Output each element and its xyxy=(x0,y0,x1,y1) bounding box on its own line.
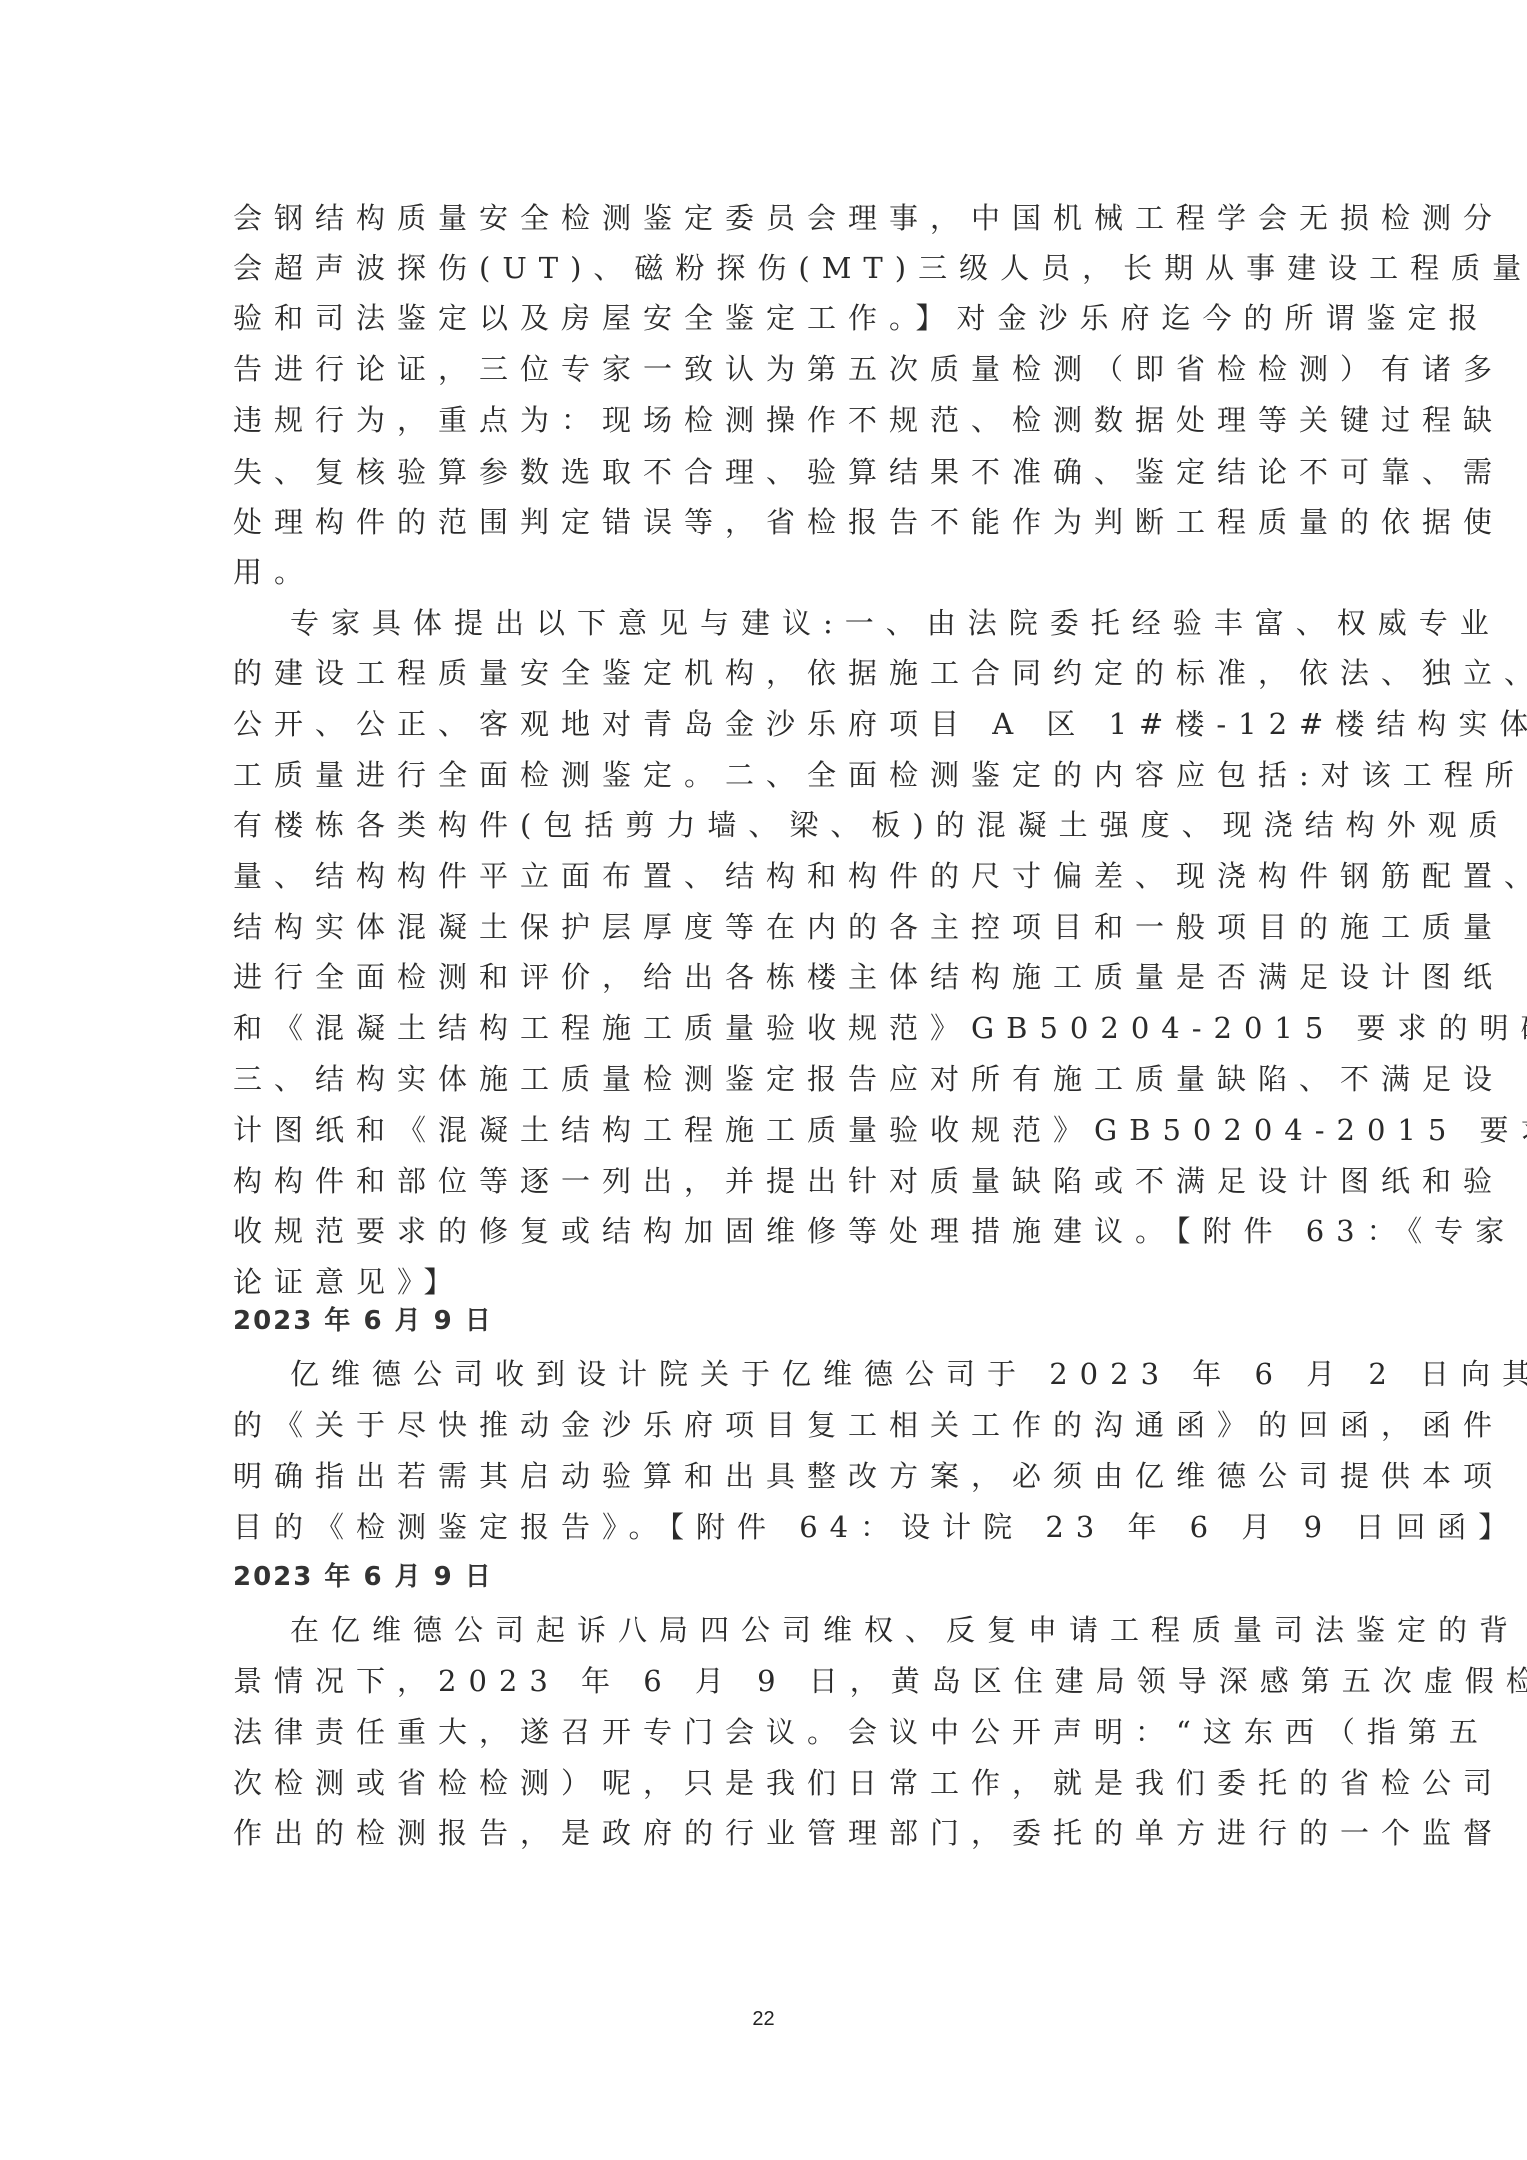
text-line: 收规范要求的修复或结构加固维修等处理措施建议。【附件 63：《专家 xyxy=(233,1206,1293,1256)
text-line: 有楼栋各类构件(包括剪力墙、梁、板)的混凝土强度、现浇结构外观质 xyxy=(233,800,1293,850)
text-line: 构构件和部位等逐一列出，并提出针对质量缺陷或不满足设计图纸和验 xyxy=(233,1156,1293,1206)
text-line: 明确指出若需其启动验算和出具整改方案，必须由亿维德公司提供本项 xyxy=(233,1451,1293,1501)
text-line: 会钢结构质量安全检测鉴定委员会理事，中国机械工程学会无损检测分 xyxy=(233,193,1293,243)
text-line: 违规行为，重点为：现场检测操作不规范、检测数据处理等关键过程缺 xyxy=(233,395,1293,445)
text-line: 法律责任重大，遂召开专门会议。会议中公开声明：“这东西（指第五 xyxy=(233,1707,1293,1757)
text-line: 在亿维德公司起诉八局四公司维权、反复申请工程质量司法鉴定的背 xyxy=(290,1605,1293,1655)
text-line: 结构实体混凝土保护层厚度等在内的各主控项目和一般项目的施工质量 xyxy=(233,902,1293,952)
text-line: 和《混凝土结构工程施工质量验收规范》GB50204-2015 要求的明确结论。 xyxy=(233,1003,1293,1053)
text-line: 目的《检测鉴定报告》。【附件 64：设计院 23 年 6 月 9 日回函】 xyxy=(233,1502,1293,1552)
date-heading: 2023 年 6 月 9 日 xyxy=(233,1297,493,1345)
text-line: 验和司法鉴定以及房屋安全鉴定工作。】对金沙乐府迄今的所谓鉴定报 xyxy=(233,293,1293,343)
text-line: 公开、公正、客观地对青岛金沙乐府项目 A 区 1#楼-12#楼结构实体的施 xyxy=(233,699,1293,749)
text-line: 亿维德公司收到设计院关于亿维德公司于 2023 年 6 月 2 日向其发出 xyxy=(290,1349,1293,1399)
text-line: 告进行论证，三位专家一致认为第五次质量检测（即省检检测）有诸多 xyxy=(233,344,1293,394)
text-line: 次检测或省检检测）呢，只是我们日常工作，就是我们委托的省检公司 xyxy=(233,1758,1293,1808)
text-line: 量、结构构件平立面布置、结构和构件的尺寸偏差、现浇构件钢筋配置、 xyxy=(233,851,1293,901)
text-line: 专家具体提出以下意见与建议:一、由法院委托经验丰富、权威专业 xyxy=(290,598,1293,648)
text-line: 的建设工程质量安全鉴定机构，依据施工合同约定的标准，依法、独立、 xyxy=(233,648,1293,698)
text-line: 用。 xyxy=(233,547,1293,597)
text-line: 进行全面检测和评价，给出各栋楼主体结构施工质量是否满足设计图纸 xyxy=(233,952,1293,1002)
text-line: 处理构件的范围判定错误等，省检报告不能作为判断工程质量的依据使 xyxy=(233,497,1293,547)
text-line: 工质量进行全面检测鉴定。二、全面检测鉴定的内容应包括:对该工程所 xyxy=(233,750,1293,800)
text-line: 失、复核验算参数选取不合理、验算结果不准确、鉴定结论不可靠、需 xyxy=(233,447,1293,497)
document-page: 会钢结构质量安全检测鉴定委员会理事，中国机械工程学会无损检测分 会超声波探伤(U… xyxy=(0,0,1527,2160)
text-line: 景情况下，2023 年 6 月 9 日，黄岛区住建局领导深感第五次虚假检测的 xyxy=(233,1656,1293,1706)
text-line: 三、结构实体施工质量检测鉴定报告应对所有施工质量缺陷、不满足设 xyxy=(233,1054,1293,1104)
date-heading: 2023 年 6 月 9 日 xyxy=(233,1553,493,1601)
text-line: 会超声波探伤(UT)、磁粉探伤(MT)三级人员，长期从事建设工程质量检 xyxy=(233,243,1293,293)
page-number: 22 xyxy=(0,2008,1527,2031)
text-line: 的《关于尽快推动金沙乐府项目复工相关工作的沟通函》的回函，函件 xyxy=(233,1400,1293,1450)
text-line: 计图纸和《混凝土结构工程施工质量验收规范》GB50204-2015 要求的结 xyxy=(233,1105,1293,1155)
text-line: 作出的检测报告，是政府的行业管理部门，委托的单方进行的一个监督 xyxy=(233,1808,1293,1858)
